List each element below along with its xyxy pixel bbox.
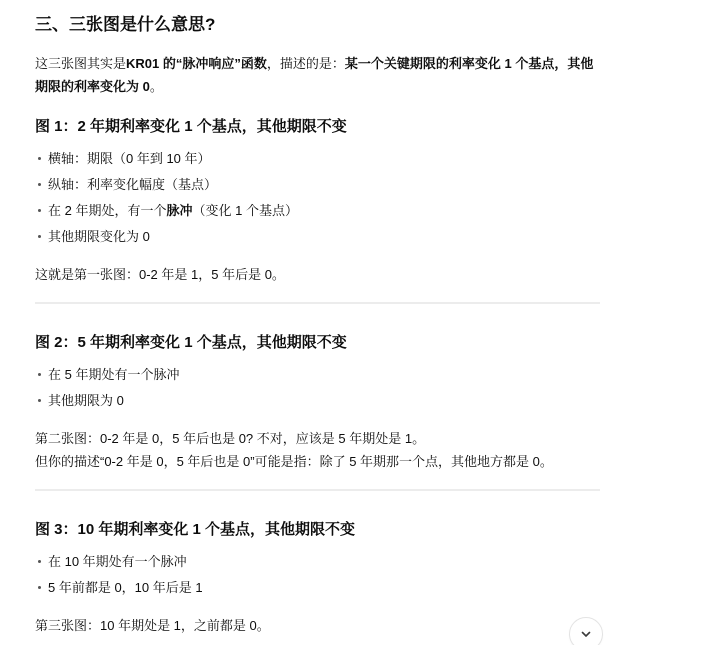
- list-item: 纵轴：利率变化幅度（基点）: [35, 176, 600, 193]
- text-segment: 在 5 年期处有一个脉冲: [48, 367, 179, 382]
- figure-heading: 图 3：10 年期利率变化 1 个基点，其他期限不变: [35, 519, 600, 541]
- text-segment: （变化 1 个基点）: [192, 203, 297, 218]
- section-divider: [35, 302, 600, 304]
- text-segment: 其他期限变化为 0: [48, 229, 150, 244]
- list-item: 在 2 年期处，有一个脉冲（变化 1 个基点）: [35, 202, 600, 219]
- sections: 图 1：2 年期利率变化 1 个基点，其他期限不变横轴：期限（0 年到 10 年…: [35, 116, 600, 637]
- text-segment-bold: 脉冲: [166, 203, 192, 218]
- bullet-list: 在 5 年期处有一个脉冲其他期限为 0: [35, 366, 600, 409]
- bullet-list: 在 10 年期处有一个脉冲5 年前都是 0，10 年后是 1: [35, 553, 600, 596]
- section-divider: [35, 489, 600, 491]
- chat-message-content: 三、三张图是什么意思? 这三张图其实是KR01 的“脉冲响应”函数，描述的是：某…: [35, 0, 600, 637]
- text-segment: 横轴：期限（0 年到 10 年）: [48, 151, 211, 166]
- scroll-to-bottom-button[interactable]: [569, 617, 603, 645]
- text-segment: 。: [150, 79, 163, 94]
- note-paragraph: 第二张图：0-2 年是 0，5 年后也是 0? 不对，应该是 5 年期处是 1。…: [35, 427, 600, 473]
- note-line: 这就是第一张图：0-2 年是 1，5 年后是 0。: [35, 263, 600, 286]
- figure-heading: 图 2：5 年期利率变化 1 个基点，其他期限不变: [35, 332, 600, 354]
- text-segment: 在 2 年期处，有一个: [48, 203, 166, 218]
- note-paragraph: 第三张图：10 年期处是 1，之前都是 0。: [35, 614, 600, 637]
- text-segment: 5 年前都是 0，10 年后是 1: [48, 580, 203, 595]
- list-item: 5 年前都是 0，10 年后是 1: [35, 579, 600, 596]
- figure-heading: 图 1：2 年期利率变化 1 个基点，其他期限不变: [35, 116, 600, 138]
- list-item: 横轴：期限（0 年到 10 年）: [35, 150, 600, 167]
- text-segment: 其他期限为 0: [48, 393, 124, 408]
- note-line: 第三张图：10 年期处是 1，之前都是 0。: [35, 614, 600, 637]
- note-paragraph: 这就是第一张图：0-2 年是 1，5 年后是 0。: [35, 263, 600, 286]
- page-title: 三、三张图是什么意思?: [35, 13, 600, 37]
- text-segment-bold: KR01 的“脉冲响应”函数: [126, 56, 267, 71]
- chevron-down-icon: [578, 626, 594, 642]
- text-segment: 在 10 年期处有一个脉冲: [48, 554, 187, 569]
- bullet-list: 横轴：期限（0 年到 10 年）纵轴：利率变化幅度（基点）在 2 年期处，有一个…: [35, 150, 600, 245]
- text-segment: ，描述的是：: [267, 56, 345, 71]
- list-item: 其他期限变化为 0: [35, 228, 600, 245]
- text-segment: 这三张图其实是: [35, 56, 126, 71]
- intro-paragraph: 这三张图其实是KR01 的“脉冲响应”函数，描述的是：某一个关键期限的利率变化 …: [35, 52, 600, 98]
- note-line: 第二张图：0-2 年是 0，5 年后也是 0? 不对，应该是 5 年期处是 1。: [35, 427, 600, 450]
- list-item: 在 5 年期处有一个脉冲: [35, 366, 600, 383]
- list-item: 在 10 年期处有一个脉冲: [35, 553, 600, 570]
- list-item: 其他期限为 0: [35, 392, 600, 409]
- note-line: 但你的描述“0-2 年是 0，5 年后也是 0”可能是指：除了 5 年期那一个点…: [35, 450, 600, 473]
- text-segment: 纵轴：利率变化幅度（基点）: [48, 177, 217, 192]
